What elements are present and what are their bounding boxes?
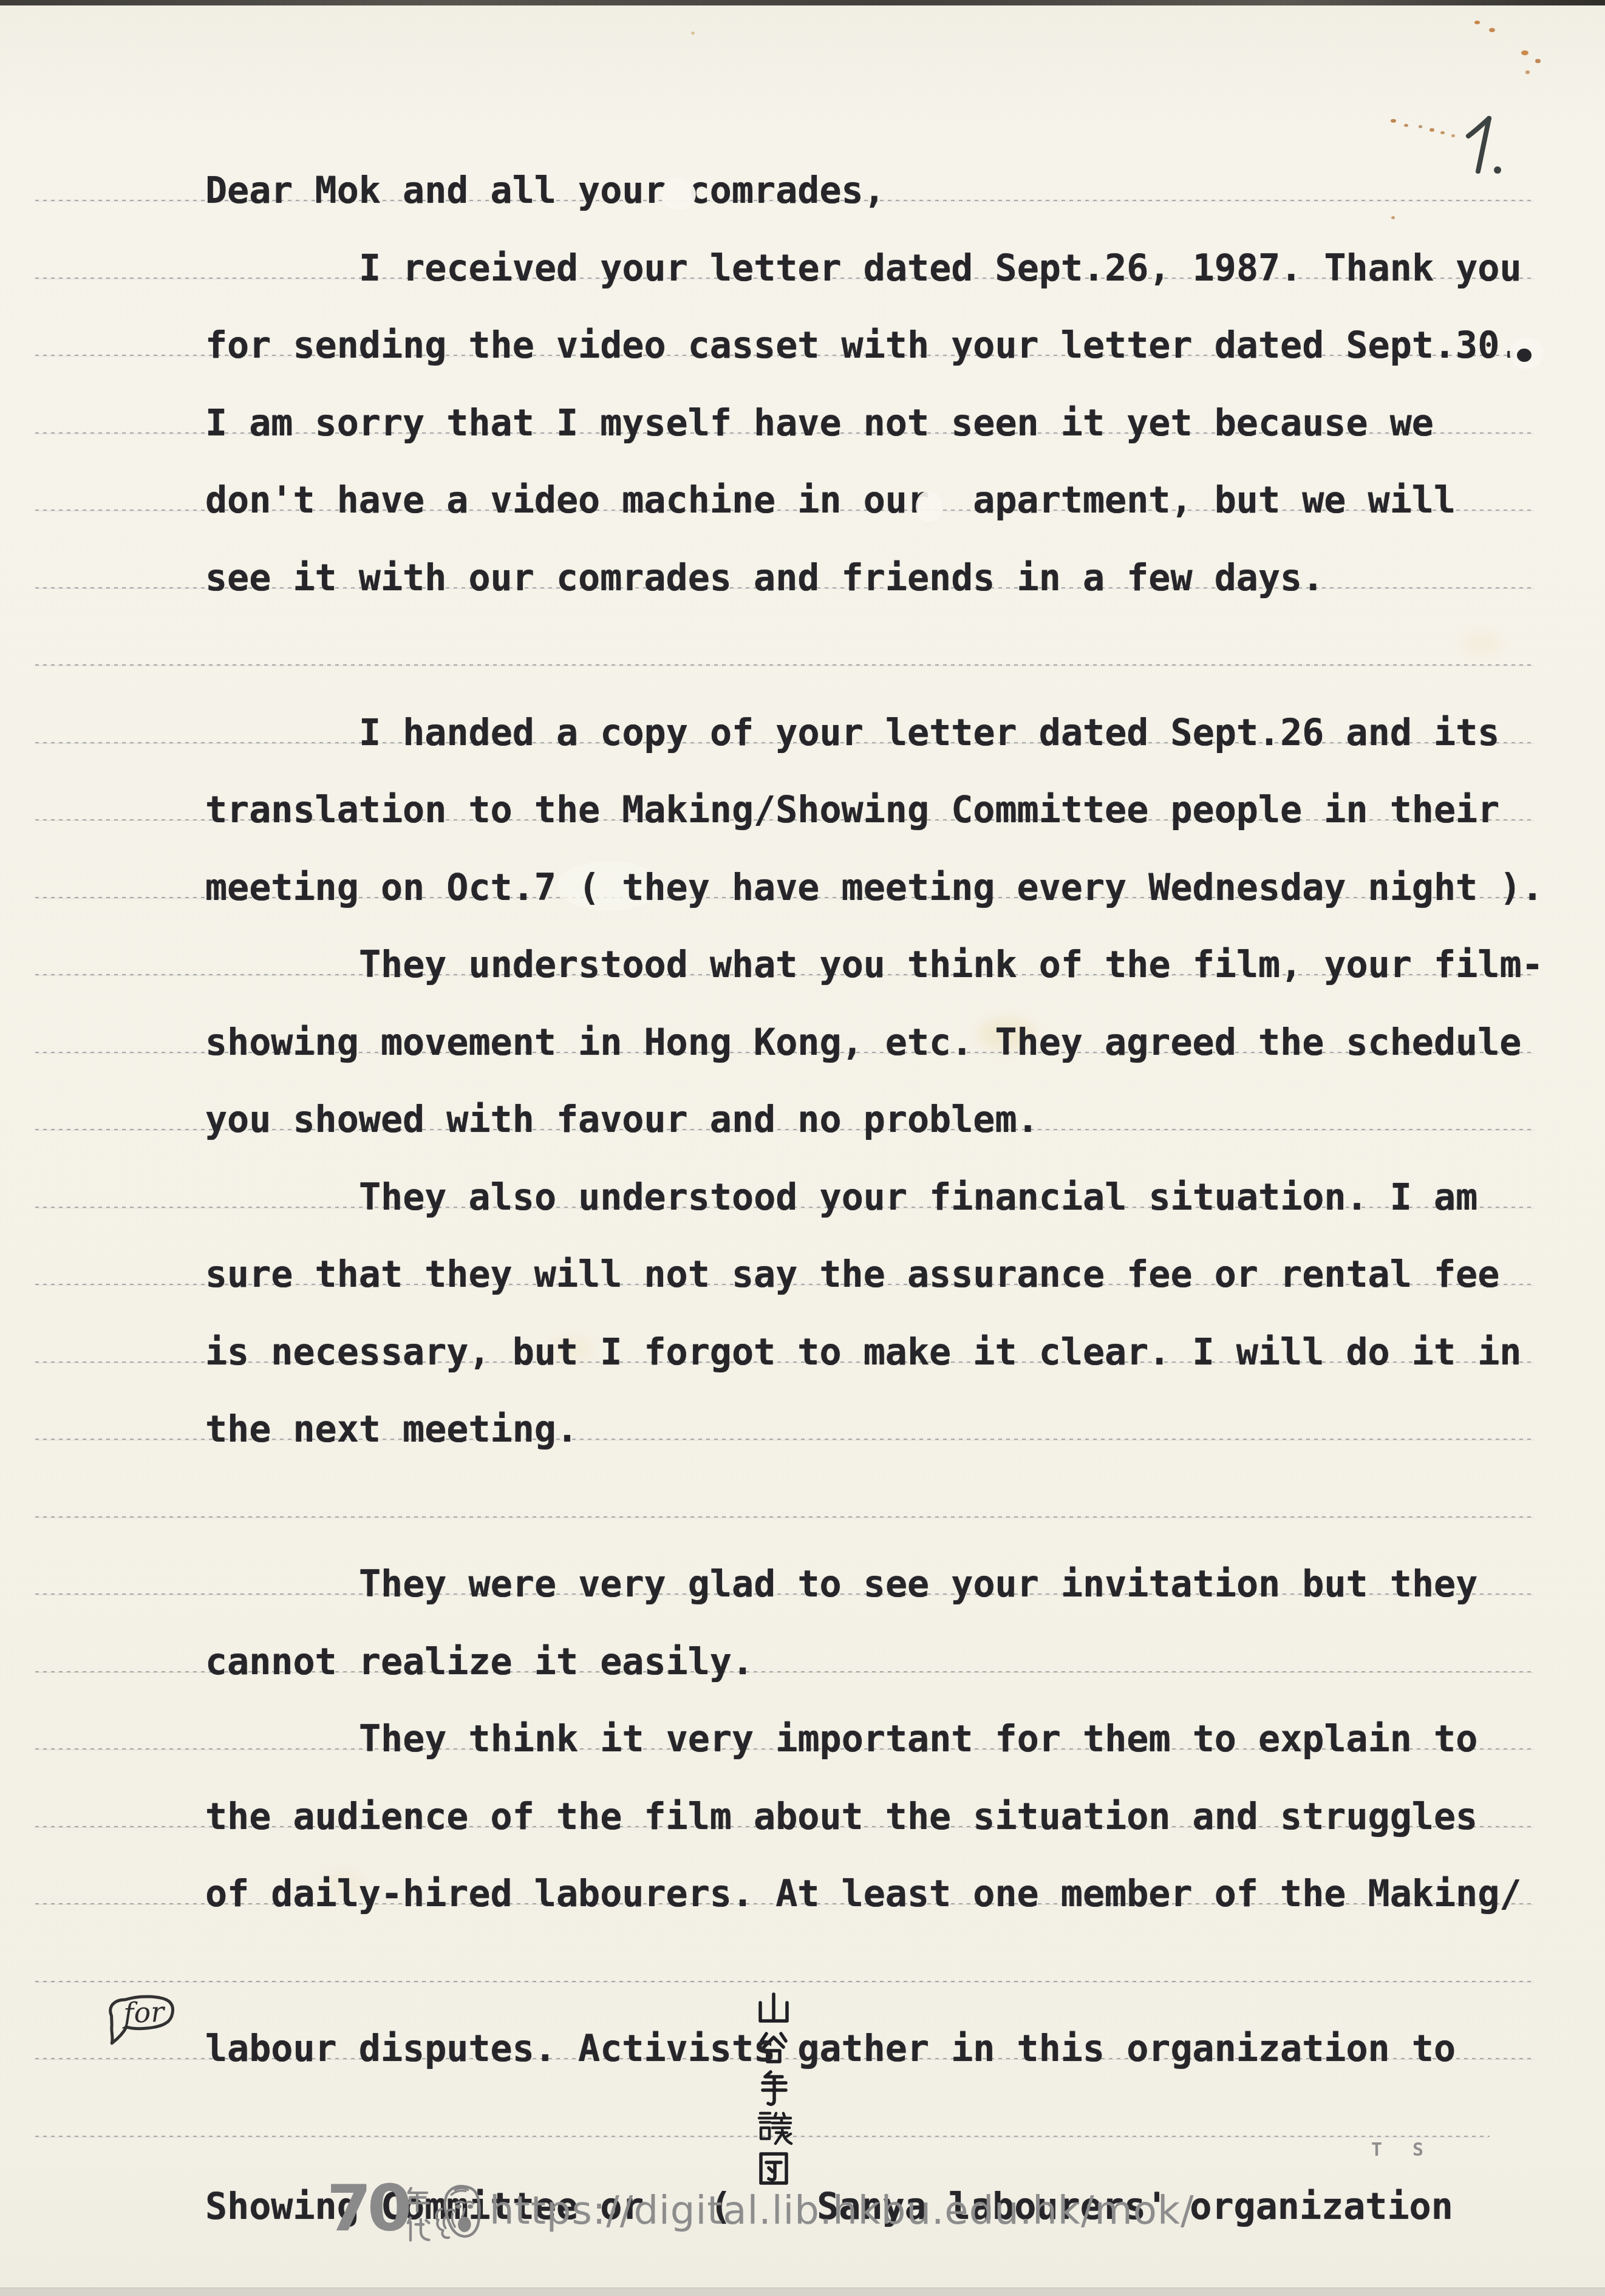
letter-line: They think it very important for them to… xyxy=(359,1721,1477,1757)
letter-line: you showed with favour and no problem. xyxy=(205,1102,1039,1138)
letter-line: for sending the video casset with your l… xyxy=(205,327,1521,364)
foxing-spot xyxy=(1521,50,1528,55)
letter-line: I am sorry that I myself have not seen i… xyxy=(205,405,1434,441)
foxing-spot xyxy=(1391,216,1395,219)
watermark-url: https://digital.lib.hkbu.edu.hk/mok/ xyxy=(489,2187,1194,2235)
typist-initials: T S xyxy=(1371,2140,1433,2161)
scan-bottom-edge xyxy=(0,2287,1605,2296)
foxing-spot xyxy=(1489,28,1495,32)
handwritten-page-number: 1. xyxy=(1459,111,1519,182)
paper-stain xyxy=(1462,632,1501,656)
scanned-letter-page: Dear Mok and all your comrades,I receive… xyxy=(0,0,1605,2296)
letter-line: cannot realize it easily. xyxy=(205,1644,754,1680)
cjk-glyph-art-gi xyxy=(755,2110,793,2148)
foxing-spot xyxy=(1430,128,1434,132)
letter-line: They also understood your financial situ… xyxy=(359,1179,1477,1216)
foxing-spot xyxy=(1451,134,1455,137)
handwritten-for-annotation: for xyxy=(102,1992,182,2052)
letter-line: I received your letter dated Sept.26, 19… xyxy=(359,250,1522,287)
insertion-word-text: for xyxy=(121,1995,167,2030)
letter-line: see it with our comrades and friends in … xyxy=(205,560,1324,596)
scan-top-edge xyxy=(0,0,1605,5)
ruled-line xyxy=(35,1516,1534,1518)
letter-line: meeting on Oct.7 ( they have meeting eve… xyxy=(205,870,1544,906)
letter-line: Dear Mok and all your comrades, xyxy=(205,172,885,209)
foxing-spot xyxy=(1535,59,1541,63)
foxing-spot xyxy=(1525,70,1530,74)
letter-line: the next meeting. xyxy=(205,1411,578,1448)
letter-line: the audience of the film about the situa… xyxy=(205,1799,1477,1835)
letter-line: They were very glad to see your invitati… xyxy=(359,1566,1477,1603)
cjk-glyph-art-so xyxy=(755,2070,792,2109)
letter-line: labour disputes. Activists gather in thi… xyxy=(205,2031,1456,2067)
letter-line: showing movement in Hong Kong, etc. They… xyxy=(205,1024,1521,1061)
foxing-spot xyxy=(1419,125,1422,128)
whiteout-patch xyxy=(661,179,696,210)
foxing-spot xyxy=(1404,124,1408,127)
logo-70-text: 70 xyxy=(327,2176,408,2241)
foxing-spot xyxy=(1391,119,1396,123)
ruled-line xyxy=(35,664,1534,666)
letter-line: don't have a video machine in our apartm… xyxy=(205,482,1456,519)
whiteout-patch xyxy=(916,491,942,522)
foxing-spot xyxy=(1474,21,1480,24)
cjk-glyph-art-dan xyxy=(755,2150,792,2189)
letter-line: is necessary, but I forgot to make it cl… xyxy=(205,1334,1521,1371)
cjk-glyph-art-shan xyxy=(755,1991,792,2029)
letter-line: I handed a copy of your letter dated Sep… xyxy=(359,715,1499,751)
shouting-face-logo-icon xyxy=(432,2182,486,2246)
logo-cjk-dai-art xyxy=(403,2215,431,2242)
logo-cjk-nen-art: 年代 xyxy=(403,2186,431,2213)
letter-line: translation to the Making/Showing Commit… xyxy=(205,792,1499,828)
foxing-spot xyxy=(1440,131,1445,134)
letter-line: They understood what you think of the fi… xyxy=(359,947,1544,983)
foxing-spot xyxy=(691,32,695,35)
letter-line: sure that they will not say the assuranc… xyxy=(205,1256,1499,1293)
ink-blob xyxy=(1517,349,1532,362)
letter-line: of daily-hired labourers. At least one m… xyxy=(205,1876,1521,1912)
